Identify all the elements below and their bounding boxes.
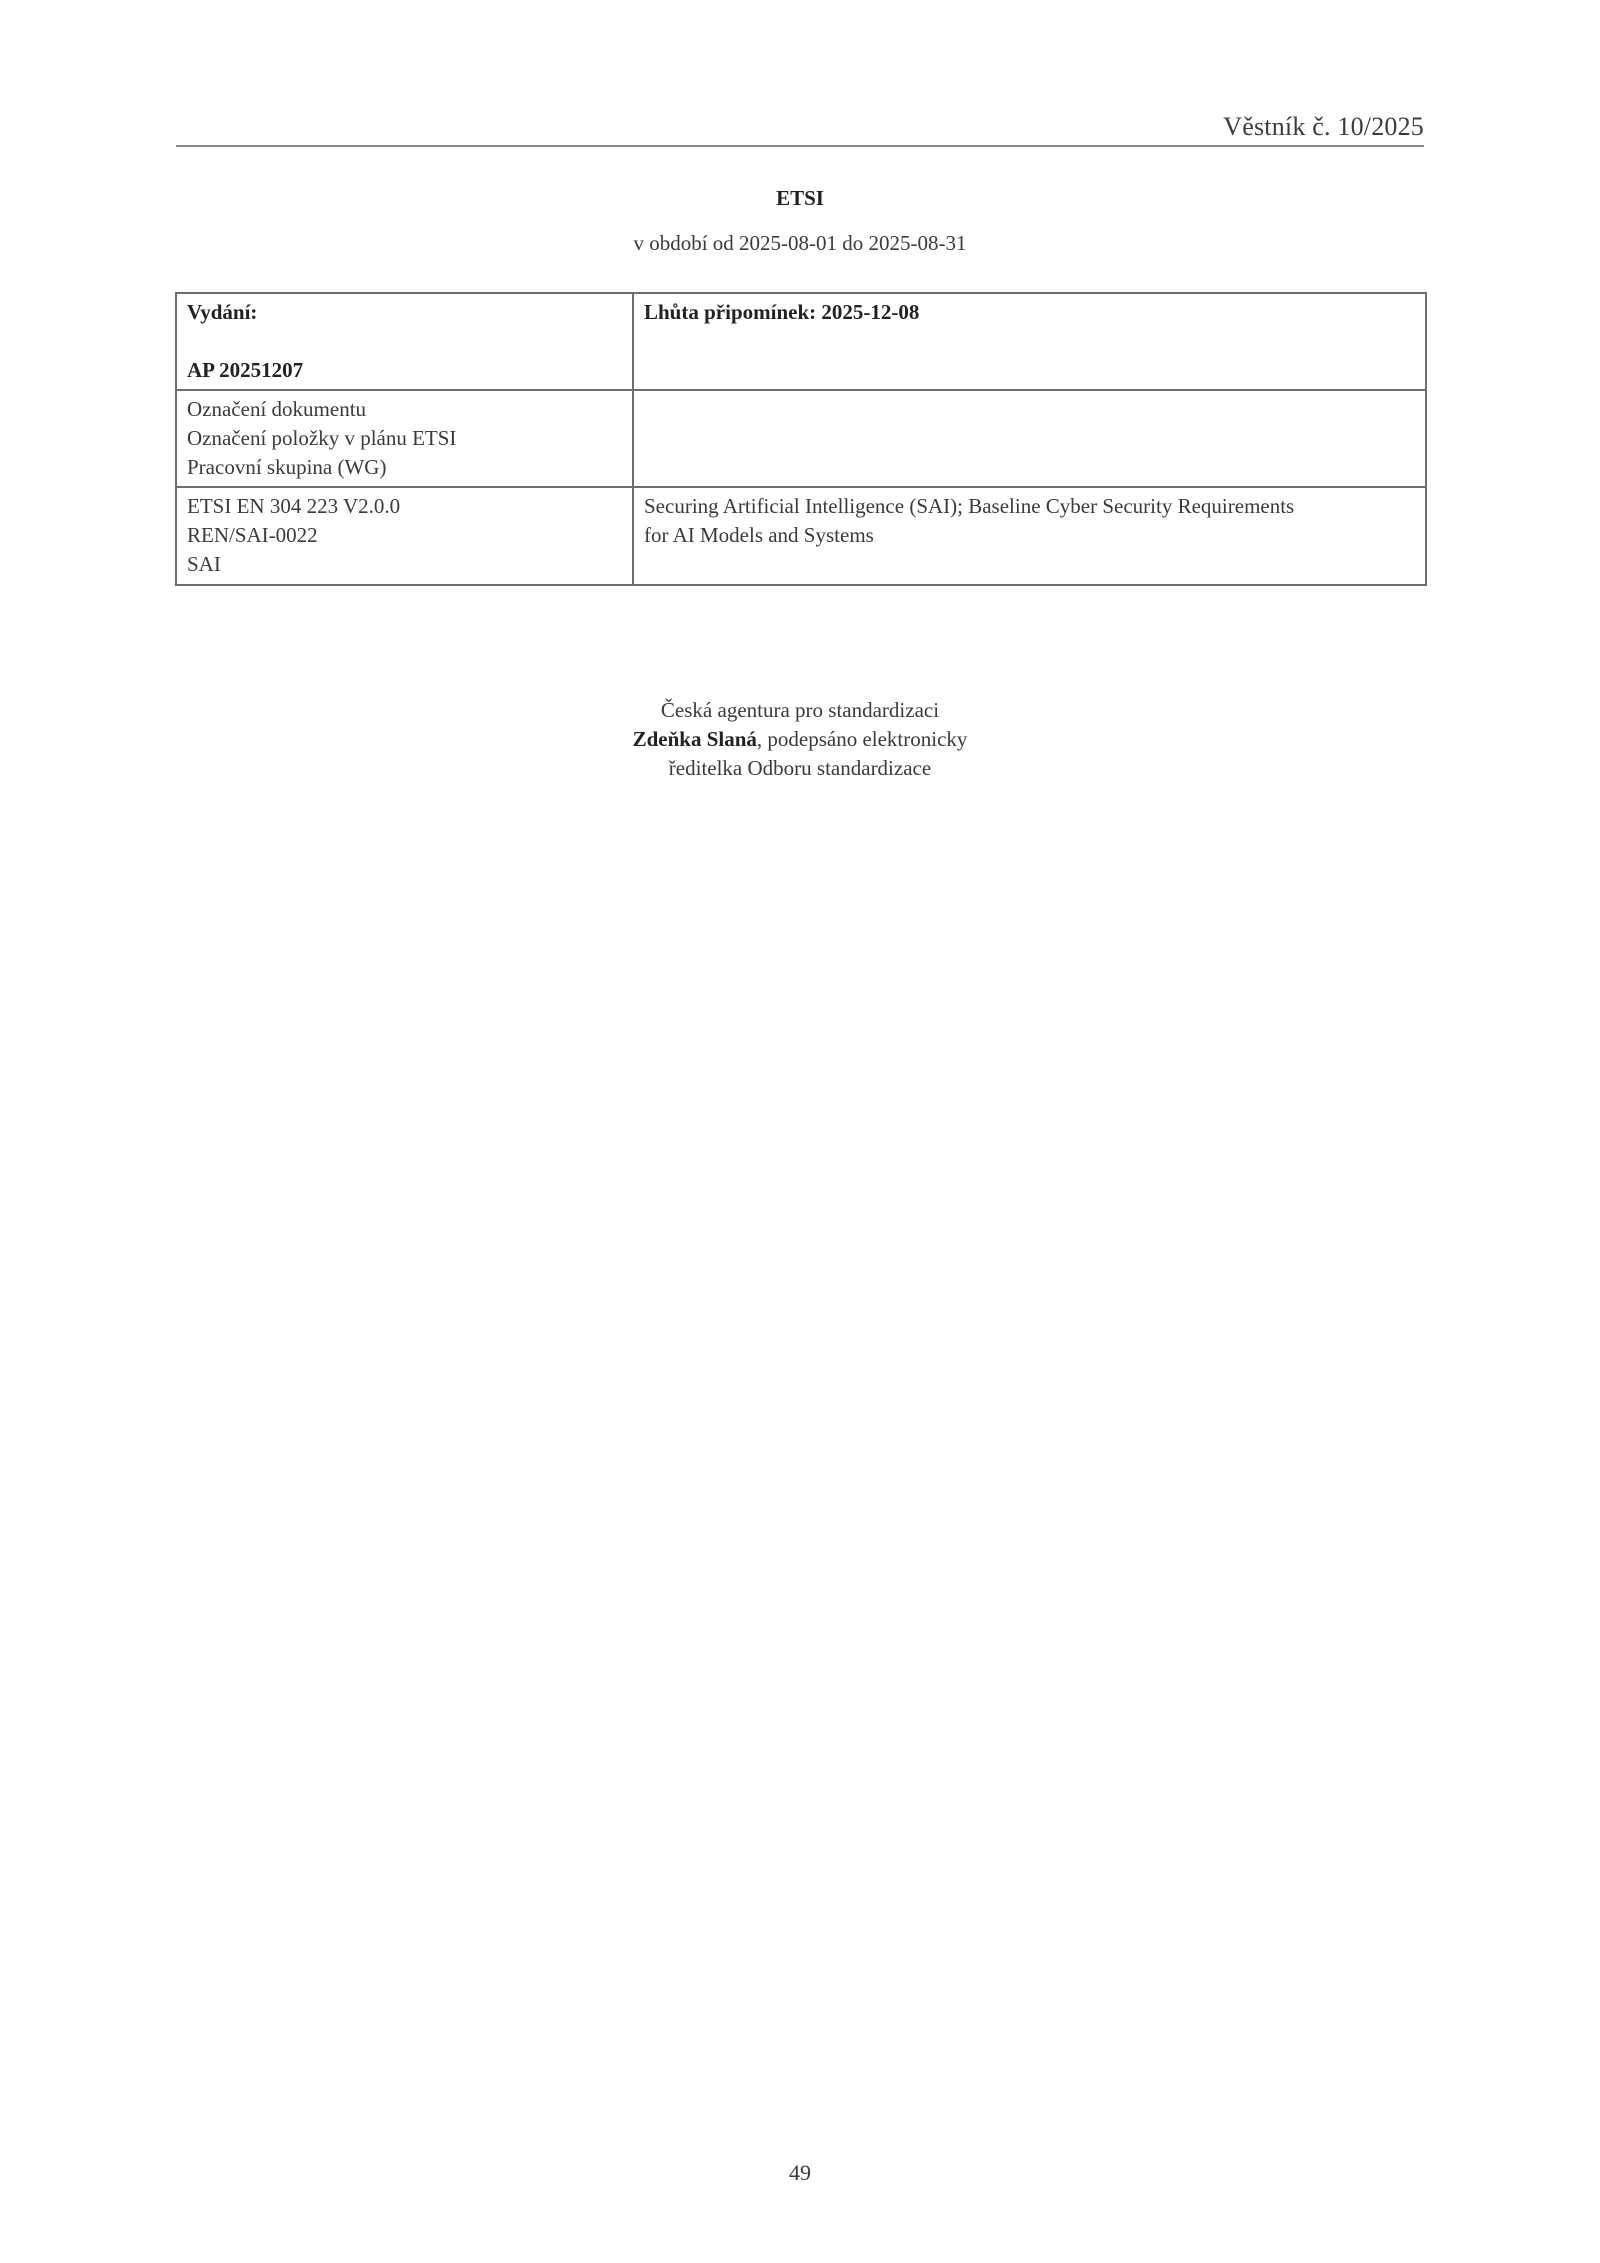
signature-block: Česká agentura pro standardizaci Zdeňka … (0, 696, 1600, 783)
signer-note: , podepsáno elektronicky (757, 727, 968, 751)
issue-cell: Vydání: AP 20251207 (176, 293, 633, 390)
section-title: ETSI (0, 186, 1600, 211)
signer-role: ředitelka Odboru standardizace (0, 754, 1600, 783)
issue-label: Vydání: (187, 298, 622, 327)
column-headers-cell: Označení dokumentu Označení položky v pl… (176, 390, 633, 487)
signer-line: Zdeňka Slaná, podepsáno elektronicky (0, 725, 1600, 754)
identifiers-cell: ETSI EN 304 223 V2.0.0 REN/SAI-0022 SAI (176, 487, 633, 585)
section-period: v období od 2025-08-01 do 2025-08-31 (0, 231, 1600, 256)
document-title-line2: for AI Models and Systems (644, 521, 1415, 550)
page-number: 49 (0, 2160, 1600, 2186)
comment-deadline: Lhůta připomínek: 2025-12-08 (644, 298, 1415, 327)
column-header-work-item: Označení položky v plánu ETSI (187, 424, 622, 453)
work-item-id: REN/SAI-0022 (187, 521, 622, 550)
working-group: SAI (187, 550, 622, 579)
bulletin-header: Věstník č. 10/2025 (1223, 112, 1424, 142)
table-header-row: Označení dokumentu Označení položky v pl… (176, 390, 1426, 487)
organization-name: Česká agentura pro standardizaci (0, 696, 1600, 725)
document-title-cell: Securing Artificial Intelligence (SAI); … (633, 487, 1426, 585)
document-title-line1: Securing Artificial Intelligence (SAI); … (644, 492, 1415, 521)
header-divider (176, 145, 1424, 147)
empty-header-cell (633, 390, 1426, 487)
table-row-issue: Vydání: AP 20251207 Lhůta připomínek: 20… (176, 293, 1426, 390)
standards-table: Vydání: AP 20251207 Lhůta připomínek: 20… (175, 292, 1427, 586)
issue-id: AP 20251207 (187, 356, 622, 385)
table-row: ETSI EN 304 223 V2.0.0 REN/SAI-0022 SAI … (176, 487, 1426, 585)
document-id: ETSI EN 304 223 V2.0.0 (187, 492, 622, 521)
deadline-cell: Lhůta připomínek: 2025-12-08 (633, 293, 1426, 390)
column-header-document-id: Označení dokumentu (187, 395, 622, 424)
signer-name: Zdeňka Slaná (633, 727, 757, 751)
column-header-working-group: Pracovní skupina (WG) (187, 453, 622, 482)
spacer (187, 327, 622, 356)
